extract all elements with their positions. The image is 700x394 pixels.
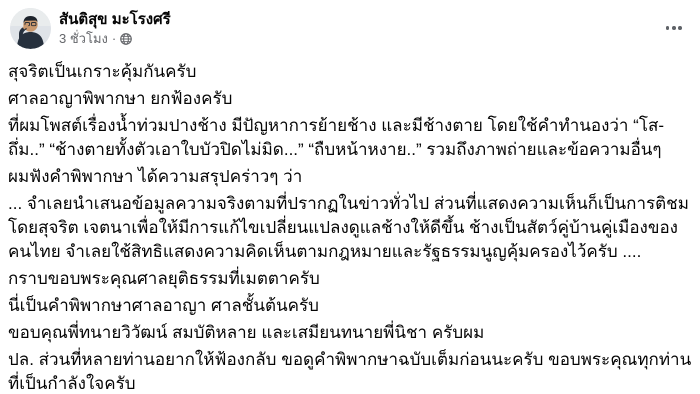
globe-icon [120, 33, 132, 45]
post-paragraph: ผมฟังคำพิพากษา ได้ความสรุปคร่าวๆ ว่า [8, 165, 692, 189]
post-paragraph: ที่ผมโพสต์เรื่องน้ำท่วมปางช้าง มีปัญหากา… [8, 114, 692, 162]
post-paragraph: ... จำเลยนำเสนอข้อมูลความจริงตามที่ปรากฏ… [8, 192, 692, 264]
post-paragraph: สุจริตเป็นเกราะคุ้มกันครับ [8, 60, 692, 84]
post-header-text: สันติสุข มะโรงศรี 3 ชั่วโมง · [59, 8, 660, 47]
post-paragraph: กราบขอบพระคุณศาลยุติธรรมที่เมตตาครับ [8, 267, 692, 291]
more-options-button[interactable] [660, 20, 688, 36]
ellipsis-icon [666, 26, 670, 30]
post-paragraph: นี่เป็นคำพิพากษาศาลอาญา ศาลชั้นต้นครับ [8, 294, 692, 318]
facebook-post: สันติสุข มะโรงศรี 3 ชั่วโมง · [0, 0, 700, 394]
post-meta[interactable]: 3 ชั่วโมง · [59, 30, 660, 47]
post-paragraph: ศาลอาญาพิพากษา ยกฟ้องครับ [8, 87, 692, 111]
avatar[interactable] [10, 8, 51, 49]
post-paragraph: ขอบคุณพี่ทนายวิวัฒน์ สมบัติหลาย และเสมีย… [8, 321, 692, 345]
author-name[interactable]: สันติสุข มะโรงศรี [59, 10, 660, 29]
post-body: สุจริตเป็นเกราะคุ้มกันครับ ศาลอาญาพิพากษ… [0, 49, 700, 394]
post-paragraph: ปล. ส่วนที่หลายท่านอยากให้ฟ้องกลับ ขอดูค… [8, 348, 692, 394]
post-header: สันติสุข มะโรงศรี 3 ชั่วโมง · [0, 0, 700, 49]
avatar-photo [10, 8, 51, 49]
meta-separator: · [112, 30, 116, 47]
timestamp[interactable]: 3 ชั่วโมง [59, 30, 108, 47]
